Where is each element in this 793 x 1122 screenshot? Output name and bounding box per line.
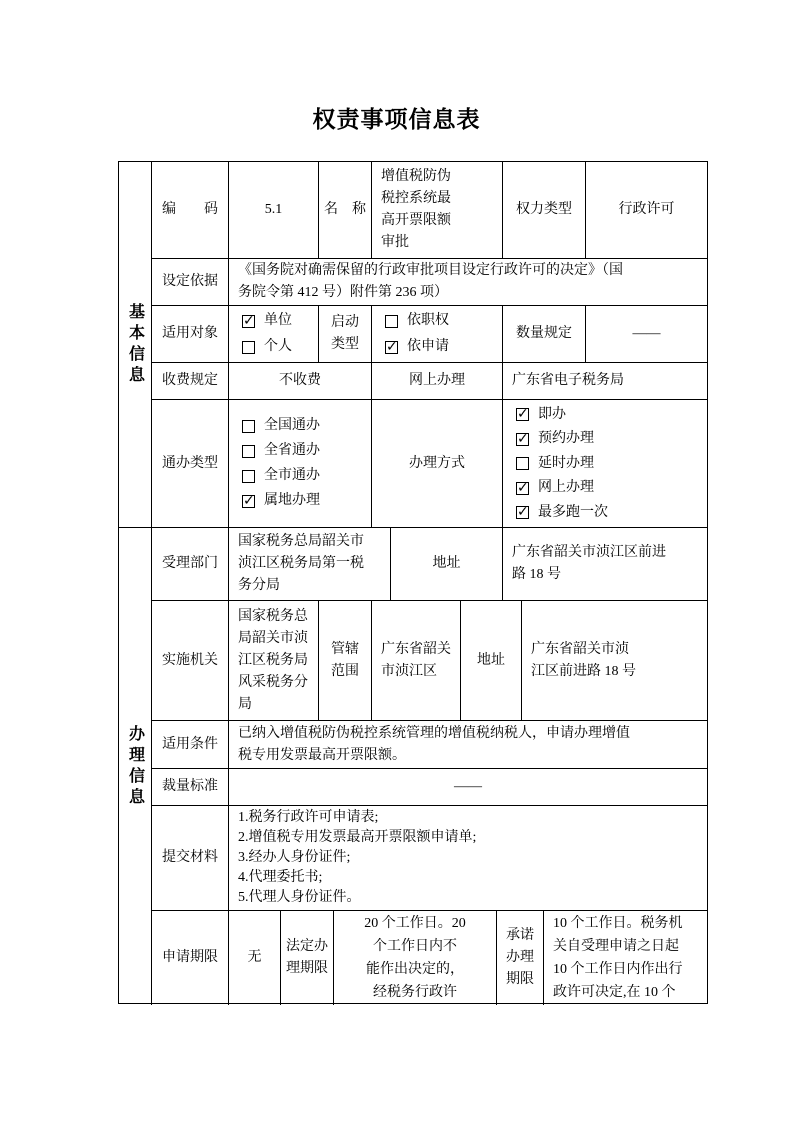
accept-addr-value: 广东省韶关市浈江区前进 路 18 号 — [503, 528, 707, 600]
materials-value: 1.税务行政许可申请表; 2.增值税专用发票最高开票限额申请单; 3.经办人身份… — [229, 806, 707, 910]
condition-label: 适用条件 — [152, 721, 229, 768]
checkbox-checked-icon — [516, 506, 529, 519]
page-title: 权责事项信息表 — [0, 101, 793, 134]
impl-addr-value: 广东省韶关市浈 江区前进路 18 号 — [522, 601, 707, 720]
target-option-unit-label: 单位 — [264, 310, 292, 332]
materials-label: 提交材料 — [152, 806, 229, 910]
legal-limit-label: 法定办 理期限 — [281, 911, 334, 1005]
target-option-unit: 单位 — [242, 308, 292, 334]
tongban-option-city: 全市通办 — [242, 464, 320, 489]
impl-org-label: 实施机关 — [152, 601, 229, 720]
method-label: 办理方式 — [372, 400, 503, 527]
name-value: 增值税防伪 税控系统最 高开票限额 审批 — [372, 162, 503, 258]
row-fee-online: 收费规定 不收费 网上办理 广东省电子税务局 — [152, 363, 707, 400]
row-basis: 设定依据 《国务院对确需保留的行政审批项目设定行政许可的决定》（国 务院令第 4… — [152, 259, 707, 306]
start-option-application: 依申请 — [385, 334, 449, 360]
start-option-application-label: 依申请 — [407, 336, 449, 358]
name-label: 名 称 — [319, 162, 372, 258]
method-option-delayed: 延时办理 — [516, 451, 594, 476]
basis-value: 《国务院对确需保留的行政审批项目设定行政许可的决定》（国 务院令第 412 号）… — [229, 259, 707, 305]
online-value: 广东省电子税务局 — [503, 363, 707, 399]
method-option-online-label: 网上办理 — [538, 477, 594, 499]
section-handling-info: 办理信息 受理部门 国家税务总局韶关市 浈江区税务局第一税 务分局 地址 广东省… — [119, 528, 707, 1005]
row-time-limits: 申请期限 无 法定办 理期限 20 个工作日。20 个工作日内不 能作出决定的，… — [152, 911, 707, 1005]
section-basic-vertical-header: 基本信息 — [119, 162, 152, 527]
tongban-option-city-label: 全市通办 — [264, 465, 320, 487]
section-basic-info: 基本信息 编 码 5.1 名 称 增值税防伪 税控系统最 高开票限额 审批 权力… — [119, 162, 707, 528]
online-label: 网上办理 — [372, 363, 503, 399]
start-type-label: 启动 类型 — [319, 306, 372, 363]
start-option-authority: 依职权 — [385, 308, 449, 334]
checkbox-checked-icon — [385, 341, 398, 354]
method-option-online: 网上办理 — [516, 476, 594, 501]
discretion-label: 裁量标准 — [152, 769, 229, 805]
checkbox-checked-icon — [516, 408, 529, 421]
row-accept-dept: 受理部门 国家税务总局韶关市 浈江区税务局第一税 务分局 地址 广东省韶关市浈江… — [152, 528, 707, 601]
condition-value: 已纳入增值税防伪税控系统管理的增值税纳税人，申请办理增值 税专用发票最高开票限额… — [229, 721, 707, 768]
start-type-options: 依职权 依申请 — [372, 306, 503, 363]
tongban-option-province-label: 全省通办 — [264, 440, 320, 462]
method-option-onetrip-label: 最多跑一次 — [538, 502, 608, 524]
checkbox-empty-icon — [516, 457, 529, 470]
checkbox-empty-icon — [242, 341, 255, 354]
section-handling-vertical-header: 办理信息 — [119, 528, 152, 1005]
power-type-label: 权力类型 — [503, 162, 586, 258]
checkbox-empty-icon — [385, 315, 398, 328]
row-target-start-quantity: 适用对象 单位 个人 启动 类型 — [152, 306, 707, 364]
impl-org-value: 国家税务总 局韶关市浈 江区税务局 风采税务分 局 — [229, 601, 319, 720]
section-handling-header-text: 办理信息 — [124, 725, 147, 809]
discretion-value: —— — [229, 769, 707, 805]
tongban-option-local-label: 属地办理 — [264, 490, 320, 512]
checkbox-checked-icon — [516, 482, 529, 495]
tongban-options: 全国通办 全省通办 全市通办 属地办理 — [229, 400, 372, 527]
target-option-person: 个人 — [242, 334, 292, 360]
checkbox-checked-icon — [242, 495, 255, 508]
tongban-option-national-label: 全国通办 — [264, 415, 320, 437]
row-condition: 适用条件 已纳入增值税防伪税控系统管理的增值税纳税人，申请办理增值 税专用发票最… — [152, 721, 707, 769]
fee-value: 不收费 — [229, 363, 372, 399]
tongban-option-local: 属地办理 — [242, 489, 320, 514]
method-option-delayed-label: 延时办理 — [538, 453, 594, 475]
section-basic-header-text: 基本信息 — [124, 303, 147, 387]
document-page: 权责事项信息表 基本信息 编 码 5.1 名 称 增值税防伪 税控系统最 高开票… — [0, 0, 793, 1122]
code-label: 编 码 — [152, 162, 229, 258]
method-option-appointment-label: 预约办理 — [538, 428, 594, 450]
checkbox-empty-icon — [242, 420, 255, 433]
apply-limit-value: 无 — [229, 911, 281, 1005]
row-impl-org: 实施机关 国家税务总 局韶关市浈 江区税务局 风采税务分 局 管辖 范围 广东省… — [152, 601, 707, 721]
apply-limit-label: 申请期限 — [152, 911, 229, 1005]
checkbox-checked-icon — [516, 433, 529, 446]
basis-label: 设定依据 — [152, 259, 229, 305]
target-label: 适用对象 — [152, 306, 229, 363]
jurisdiction-label: 管辖 范围 — [319, 601, 372, 720]
target-options: 单位 个人 — [229, 306, 319, 363]
checkbox-checked-icon — [242, 315, 255, 328]
checkbox-empty-icon — [242, 470, 255, 483]
info-table: 基本信息 编 码 5.1 名 称 增值税防伪 税控系统最 高开票限额 审批 权力… — [118, 161, 708, 1004]
jurisdiction-value: 广东省韶关 市浈江区 — [372, 601, 461, 720]
fee-label: 收费规定 — [152, 363, 229, 399]
tongban-option-national: 全国通办 — [242, 414, 320, 439]
legal-limit-value: 20 个工作日。20 个工作日内不 能作出决定的， 经税务行政许 — [334, 911, 497, 1005]
method-option-appointment: 预约办理 — [516, 427, 594, 452]
tongban-label: 通办类型 — [152, 400, 229, 527]
quantity-label: 数量规定 — [503, 306, 586, 363]
row-discretion: 裁量标准 —— — [152, 769, 707, 806]
method-option-onetrip: 最多跑一次 — [516, 500, 608, 525]
row-tongban-method: 通办类型 全国通办 全省通办 全市通办 — [152, 400, 707, 527]
code-value: 5.1 — [229, 162, 319, 258]
quantity-value: —— — [586, 306, 707, 363]
power-type-value: 行政许可 — [586, 162, 707, 258]
start-option-authority-label: 依职权 — [407, 310, 449, 332]
tongban-option-province: 全省通办 — [242, 439, 320, 464]
accept-dept-value: 国家税务总局韶关市 浈江区税务局第一税 务分局 — [229, 528, 391, 600]
method-options: 即办 预约办理 延时办理 网上办理 — [503, 400, 707, 527]
promise-limit-value: 10 个工作日。税务机 关自受理申请之日起 10 个工作日内作出行 政许可决定,… — [544, 911, 707, 1005]
method-option-instant: 即办 — [516, 402, 566, 427]
row-materials: 提交材料 1.税务行政许可申请表; 2.增值税专用发票最高开票限额申请单; 3.… — [152, 806, 707, 911]
target-option-person-label: 个人 — [264, 336, 292, 358]
method-option-instant-label: 即办 — [538, 404, 566, 426]
accept-addr-label: 地址 — [391, 528, 503, 600]
impl-addr-label: 地址 — [461, 601, 522, 720]
checkbox-empty-icon — [242, 445, 255, 458]
row-code-name-powertype: 编 码 5.1 名 称 增值税防伪 税控系统最 高开票限额 审批 权力类型 行政… — [152, 162, 707, 259]
accept-dept-label: 受理部门 — [152, 528, 229, 600]
promise-limit-label: 承诺 办理 期限 — [497, 911, 544, 1005]
